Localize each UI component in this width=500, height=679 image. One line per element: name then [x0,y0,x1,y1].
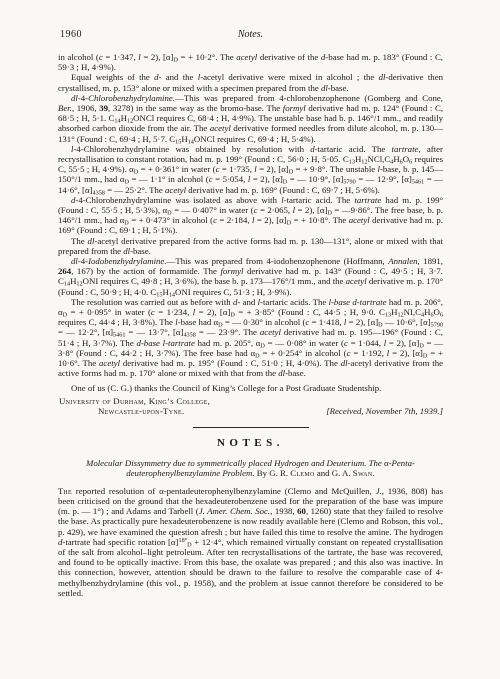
running-head: 1960 Notes. [58,29,443,42]
article-paragraph: d-4-Chlorobenzhydrylamine was isolated a… [58,195,443,236]
section-divider [193,427,309,428]
article-paragraph: dl-4-Iodobenzhydrylamine.—This was prepa… [58,256,443,297]
signature-block: University of Durham, King’s College, Ne… [58,396,443,417]
acknowledgment: One of us (C. G.) thanks the Council of … [58,383,443,393]
notes-section-header: NOTES. [58,437,443,449]
article-paragraph: The resolution was carried out as before… [58,297,443,379]
affiliation-line-1: University of Durham, King’s College, [58,396,443,406]
article-paragraph: in alcohol (c = 1·347, l = 2), [α]D = + … [58,52,443,72]
article-paragraph: The dl-acetyl derivative prepared from t… [58,236,443,256]
note-title: Molecular Dissymmetry due to symmetrical… [58,458,443,479]
running-head-title: Notes. [58,29,443,40]
note-body-paragraph: The reported resolution of α-pentadeuter… [58,486,443,598]
article-body: in alcohol (c = 1·347, l = 2), [α]D = + … [58,52,443,417]
journal-page: 1960 Notes. in alcohol (c = 1·347, l = 2… [0,0,500,679]
article-paragraph: Equal weights of the d- and the l-acetyl… [58,72,443,92]
received-date: [Received, November 7th, 1939.] [326,406,443,416]
affiliation-line-2: Newcastle-upon-Tyne. [58,406,184,416]
article-paragraph: dl-4-Chlorobenzhydrylamine.—This was pre… [58,93,443,144]
article-paragraph: l-4-Chlorobenzhydrylamine was obtained b… [58,144,443,195]
affiliation-row: Newcastle-upon-Tyne. [Received, November… [58,406,443,416]
